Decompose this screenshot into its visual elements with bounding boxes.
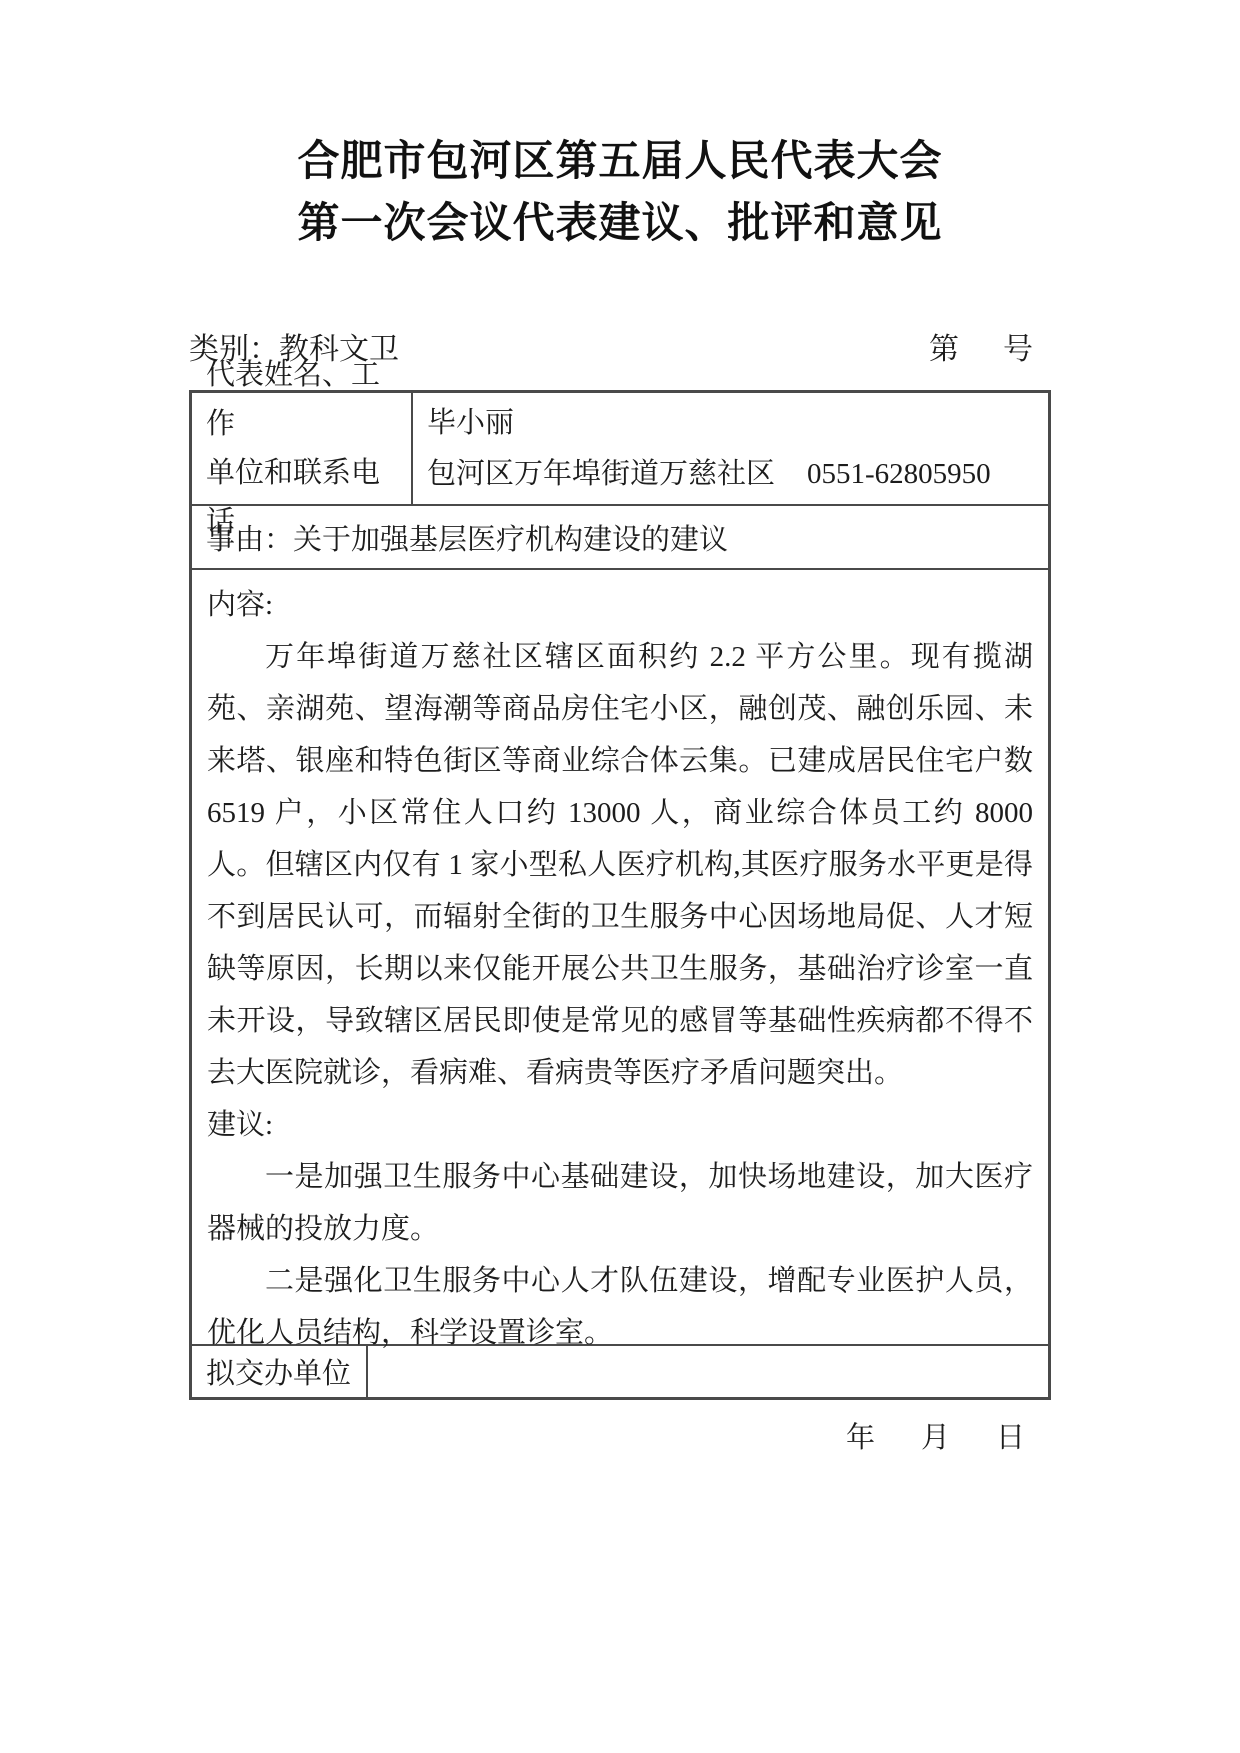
representative-name: 毕小丽 xyxy=(427,398,1034,449)
content-row: 内容: 万年埠街道万慈社区辖区面积约 2.2 平方公里。现有揽湖苑、亲湖苑、望海… xyxy=(192,568,1048,1344)
suggestion-form-table: 代表姓名、工作 单位和联系电话 毕小丽 包河区万年埠街道万慈社区0551-628… xyxy=(189,390,1051,1400)
representative-value: 毕小丽 包河区万年埠街道万慈社区0551-62805950 xyxy=(413,393,1048,504)
date-month-label: 月 xyxy=(921,1418,950,1458)
assign-unit-label: 拟交办单位 xyxy=(192,1346,368,1397)
representative-unit-phone: 包河区万年埠街道万慈社区0551-62805950 xyxy=(427,449,1034,500)
suggestion-label: 建议: xyxy=(207,1099,1033,1151)
suggestion-paragraph: 一是加强卫生服务中心基础建设，加快场地建设，加大医疗器械的投放力度。 xyxy=(207,1151,1033,1255)
document-title-line-2: 第一次会议代表建议、批评和意见 xyxy=(0,192,1240,254)
subject-row: 事由：关于加强基层医疗机构建设的建议 xyxy=(192,504,1048,568)
representative-unit: 包河区万年埠街道万慈社区 xyxy=(427,458,775,490)
date-line: 年 月 日 xyxy=(189,1418,1051,1458)
subject-value: 关于加强基层医疗机构建设的建议 xyxy=(293,524,728,556)
content-label: 内容: xyxy=(207,579,1033,631)
number-suffix: 号 xyxy=(1003,330,1033,370)
representative-label-line-1: 代表姓名、工作 xyxy=(206,351,397,449)
number-prefix: 第 xyxy=(929,330,959,370)
date-day-label: 日 xyxy=(996,1418,1025,1458)
representative-label: 代表姓名、工作 单位和联系电话 xyxy=(192,393,413,504)
document-title-line-1: 合肥市包河区第五届人民代表大会 xyxy=(0,130,1240,192)
assign-unit-row: 拟交办单位 xyxy=(192,1344,1048,1397)
document-title: 合肥市包河区第五届人民代表大会 第一次会议代表建议、批评和意见 xyxy=(0,0,1240,254)
date-year-label: 年 xyxy=(846,1418,875,1458)
assign-unit-value xyxy=(368,1346,1048,1397)
suggestion-paragraph: 二是强化卫生服务中心人才队伍建设，增配专业医护人员，优化人员结构，科学设置诊室。 xyxy=(207,1255,1033,1359)
document-page: 合肥市包河区第五届人民代表大会 第一次会议代表建议、批评和意见 类别：教科文卫 … xyxy=(0,0,1240,1753)
subject-cell: 事由：关于加强基层医疗机构建设的建议 xyxy=(192,509,1048,566)
representative-row: 代表姓名、工作 单位和联系电话 毕小丽 包河区万年埠街道万慈社区0551-628… xyxy=(192,393,1048,504)
representative-phone: 0551-62805950 xyxy=(807,458,991,490)
content-cell: 内容: 万年埠街道万慈社区辖区面积约 2.2 平方公里。现有揽湖苑、亲湖苑、望海… xyxy=(192,570,1048,1344)
document-number-field: 第 号 xyxy=(929,330,1051,370)
content-paragraph: 万年埠街道万慈社区辖区面积约 2.2 平方公里。现有揽湖苑、亲湖苑、望海潮等商品… xyxy=(207,631,1033,1099)
subject-label: 事由： xyxy=(206,524,293,556)
